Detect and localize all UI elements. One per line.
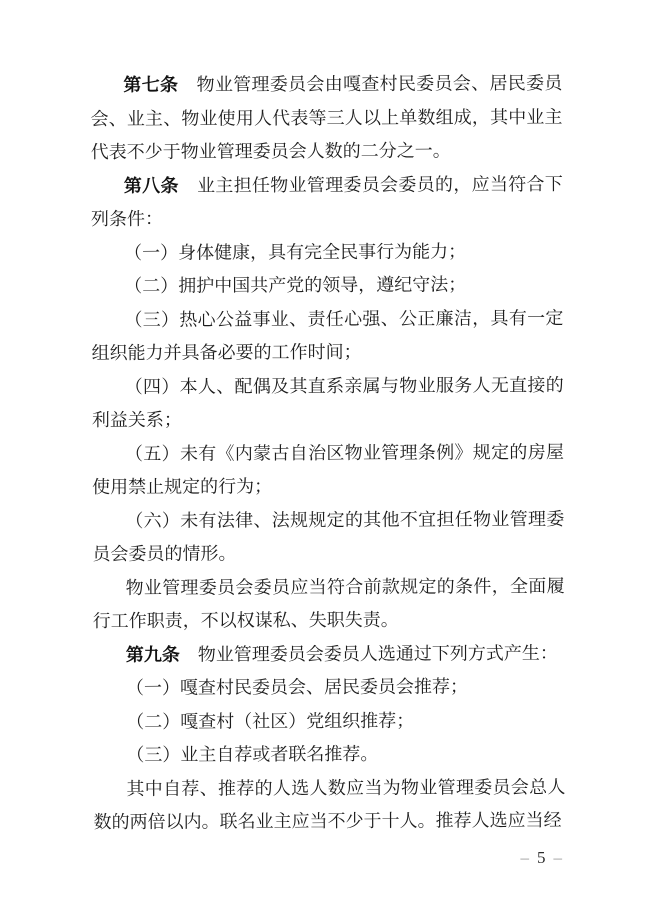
paragraph: （五）未有《内蒙古自治区物业管理条例》规定的房屋使用禁止规定的行为； [92, 435, 564, 504]
paragraph: 第九条物业管理委员会委员人选通过下列方式产生： [93, 636, 565, 672]
page-number-dash-right: – [552, 848, 565, 867]
paragraph-text: 物业管理委员会委员人选通过下列方式产生： [198, 642, 558, 664]
paragraph: （四）本人、配偶及其直系亲属与物业服务人无直接的利益关系； [92, 368, 564, 437]
document-body: 第七条物业管理委员会由嘎查村民委员会、居民委员会、业主、物业使用人代表等三人以上… [90, 67, 565, 840]
paragraph: （三）热心公益事业、责任心强、公正廉洁，具有一定组织能力并具备必要的工作时间； [91, 301, 563, 370]
paragraph-text: 物业管理委员会委员应当符合前款规定的条件，全面履行工作职责，不以权谋私、失职失责… [93, 575, 565, 631]
paragraph-text: （六）未有法律、法规规定的其他不宜担任物业管理委员会委员的情形。 [92, 508, 564, 564]
paragraph: （一）身体健康，具有完全民事行为能力； [91, 234, 563, 270]
paragraph-text: （四）本人、配偶及其直系亲属与物业服务人无直接的利益关系； [92, 374, 564, 430]
page-number-value: 5 [531, 848, 552, 867]
paragraph-text: （三）业主自荐或者联名推荐。 [126, 744, 378, 765]
paragraph-text: （一）身体健康，具有完全民事行为能力； [124, 241, 466, 262]
paragraph-text: （二）嘎查村（社区）党组织推荐； [126, 710, 414, 731]
article-number: 第七条 [123, 75, 178, 95]
paragraph: （六）未有法律、法规规定的其他不宜担任物业管理委员会委员的情形。 [92, 502, 564, 571]
paragraph: （二）拥护中国共产党的领导，遵纪守法； [91, 268, 563, 304]
paragraph-text: （二）拥护中国共产党的领导，遵纪守法； [124, 274, 466, 295]
paragraph-text: （三）热心公益事业、责任心强、公正廉洁，具有一定组织能力并具备必要的工作时间； [92, 307, 564, 363]
paragraph: 物业管理委员会委员应当符合前款规定的条件，全面履行工作职责，不以权谋私、失职失责… [93, 569, 565, 638]
paragraph: （一）嘎查村民委员会、居民委员会推荐； [93, 670, 565, 706]
paragraph: （三）业主自荐或者联名推荐。 [93, 737, 565, 773]
article-number: 第八条 [124, 175, 179, 195]
paragraph-text: （五）未有《内蒙古自治区物业管理条例》规定的房屋使用禁止规定的行为； [92, 441, 564, 497]
paragraph: 第七条物业管理委员会由嘎查村民委员会、居民委员会、业主、物业使用人代表等三人以上… [90, 67, 562, 170]
paragraph-text: （一）嘎查村民委员会、居民委员会推荐； [126, 676, 468, 697]
paragraph: （二）嘎查村（社区）党组织推荐； [93, 703, 565, 739]
article-number: 第九条 [126, 644, 180, 664]
document-page: 第七条物业管理委员会由嘎查村民委员会、居民委员会、业主、物业使用人代表等三人以上… [0, 0, 661, 922]
paragraph: 第八条业主担任物业管理委员会委员的，应当符合下列条件： [91, 167, 563, 236]
page-number-dash-left: – [519, 848, 532, 867]
paragraph: 其中自荐、推荐的人选人数应当为物业管理委员会总人数的两倍以内。联名业主应当不少于… [93, 770, 565, 839]
page-number: –5– [92, 845, 564, 871]
paragraph-text: 其中自荐、推荐的人选人数应当为物业管理委员会总人数的两倍以内。联名业主应当不少于… [94, 776, 566, 832]
